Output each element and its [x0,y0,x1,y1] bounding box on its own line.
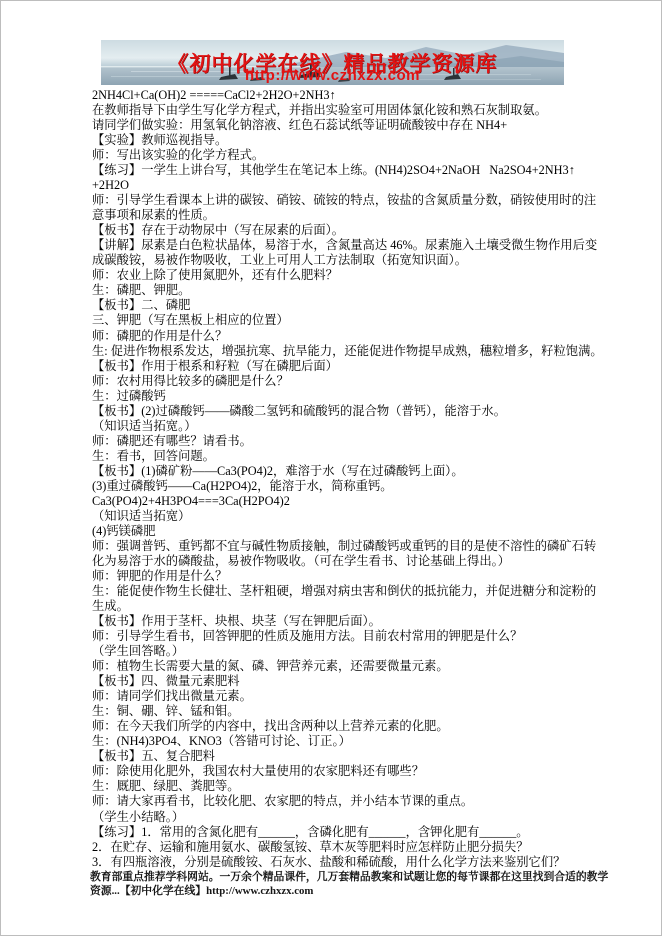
header-banner: 《初中化学在线》精品教学资源库 http://www.czhxzx.com [101,40,564,85]
text-line: 师：写出该实验的化学方程式。 [92,148,574,163]
text-line: 生：磷肥、钾肥。 [92,283,574,298]
document-body: 2NH4Cl+Ca(OH)2 =====CaCl2+2H2O+2NH3↑在教师指… [92,88,574,870]
text-line: 【板书】(2)过磷酸钙——磷酸二氢钙和硫酸钙的混合物（普钙），能溶于水。 [92,404,574,419]
text-line: 生：能促使作物生长健壮、茎杆粗硬，增强对病虫害和倒伏的抵抗能力，并促进糖分和淀粉… [92,584,574,599]
text-line: 师：磷肥还有哪些？请看书。 [92,434,574,449]
text-line: 三、钾肥（写在黑板上相应的位置） [92,313,574,328]
text-line: 生: 促进作物根系发达，增强抗寒、抗旱能力，还能促进作物提早成熟，穗粒增多，籽粒… [92,344,574,359]
text-line: Ca3(PO4)2+4H3PO4===3Ca(H2PO4)2 [92,494,574,509]
text-line: 意事项和尿素的性质。 [92,208,574,223]
text-line: 2NH4Cl+Ca(OH)2 =====CaCl2+2H2O+2NH3↑ [92,88,574,103]
text-line: 师：请大家再看书，比较化肥、农家肥的特点，并小结本节课的重点。 [92,794,574,809]
text-line: 【板书】作用于根系和籽粒（写在磷肥后面） [92,359,574,374]
text-line: 在教师指导下由学生写化学方程式，并指出实验室可用固体氯化铵和熟石灰制取氨。 [92,103,574,118]
text-line: 师：除使用化肥外，我国农村大量使用的农家肥料还有哪些？ [92,764,574,779]
text-line: 3．有四瓶溶液，分别是硫酸铵、石灰水、盐酸和稀硫酸，用什么化学方法来鉴别它们？ [92,855,574,870]
text-line: 【板书】五、复合肥料 [92,749,574,764]
text-line: 师：请同学们找出微量元素。 [92,689,574,704]
text-line: +2H2O [92,178,574,193]
text-line: 师：引导学生看课本上讲的碳铵、硝铵、硫铵的特点，铵盐的含氮质量分数，硝铵使用时的… [92,193,574,208]
text-line: 师：引导学生看书，回答钾肥的性质及施用方法。目前农村常用的钾肥是什么？ [92,629,574,644]
text-line: 生：看书，回答问题。 [92,449,574,464]
text-line: (4)钙镁磷肥 [92,524,574,539]
text-line: 成碳酸铵，易被作物吸收，工业上可用人工方法制取（拓宽知识面）。 [92,253,574,268]
document-page: 《初中化学在线》精品教学资源库 http://www.czhxzx.com 2N… [0,0,662,936]
text-line: 生成。 [92,599,574,614]
text-line: (3)重过磷酸钙——Ca(H2PO4)2，能溶于水，简称重钙。 [92,479,574,494]
text-line: 【讲解】尿素是白色粒状晶体，易溶于水，含氮量高达 46%。尿素施入土壤受微生物作… [92,238,574,253]
text-line: 【板书】二、磷肥 [92,298,574,313]
text-line: 【板书】(1)磷矿粉——Ca3(PO4)2，难溶于水（写在过磷酸钙上面）。 [92,464,574,479]
text-line: 师：强调普钙、重钙都不宜与碱性物质接触，制过磷酸钙或重钙的目的是使不溶性的磷矿石… [92,539,574,554]
text-line: 生：铜、硼、锌、锰和钼。 [92,704,574,719]
text-line: （学生小结略。） [92,810,574,825]
page-footer: 教育部重点推荐学科网站。一万余个精品课件，几万套精品教案和试题让您的每节课都在这… [90,871,576,899]
text-line: （知识适当拓宽） [92,509,574,524]
footer-line: 资源...【初中化学在线】http://www.czhxzx.com [90,885,576,899]
text-line: 【板书】作用于茎杆、块根、块茎（写在钾肥后面）。 [92,614,574,629]
text-line: 师：钾肥的作用是什么？ [92,569,574,584]
text-line: 2．在贮存、运输和施用氨水、碳酸氢铵、草木灰等肥料时应怎样防止肥分损失？ [92,840,574,855]
text-line: 【板书】存在于动物尿中（写在尿素的后面）。 [92,223,574,238]
text-line: 生：厩肥、绿肥、粪肥等。 [92,779,574,794]
text-line: 生：过磷酸钙 [92,389,574,404]
text-line: 【板书】四、微量元素肥料 [92,674,574,689]
text-line: 师：植物生长需要大量的氮、磷、钾营养元素，还需要微量元素。 [92,659,574,674]
text-line: （知识适当拓宽。） [92,419,574,434]
text-line: 请同学们做实验：用氢氧化钠溶液、红色石蕊试纸等证明硫酸铵中存在 NH4+ [92,118,574,133]
banner-url: http://www.czhxzx.com [101,67,564,84]
footer-line: 教育部重点推荐学科网站。一万余个精品课件，几万套精品教案和试题让您的每节课都在这… [90,871,576,885]
text-line: （学生回答略。） [92,644,574,659]
text-line: 师：农业上除了使用氮肥外，还有什么肥料？ [92,268,574,283]
text-line: 【练习】1．常用的含氮化肥有______，含磷化肥有______，含钾化肥有__… [92,825,574,840]
text-line: 生：(NH4)3PO4、KNO3（答错可讨论、订正。） [92,734,574,749]
text-line: 师：在今天我们所学的内容中，找出含两种以上营养元素的化肥。 [92,719,574,734]
text-line: 【实验】教师巡视指导。 [92,133,574,148]
text-line: 【练习】一学生上讲台写，其他学生在笔记本上练。(NH4)2SO4+2NaOH N… [92,163,574,178]
text-line: 师：农村用得比较多的磷肥是什么？ [92,374,574,389]
text-line: 化为易溶于水的磷酸盐，易被作物吸收。（可在学生看书、讨论基础上得出。） [92,554,574,569]
text-line: 师：磷肥的作用是什么？ [92,329,574,344]
